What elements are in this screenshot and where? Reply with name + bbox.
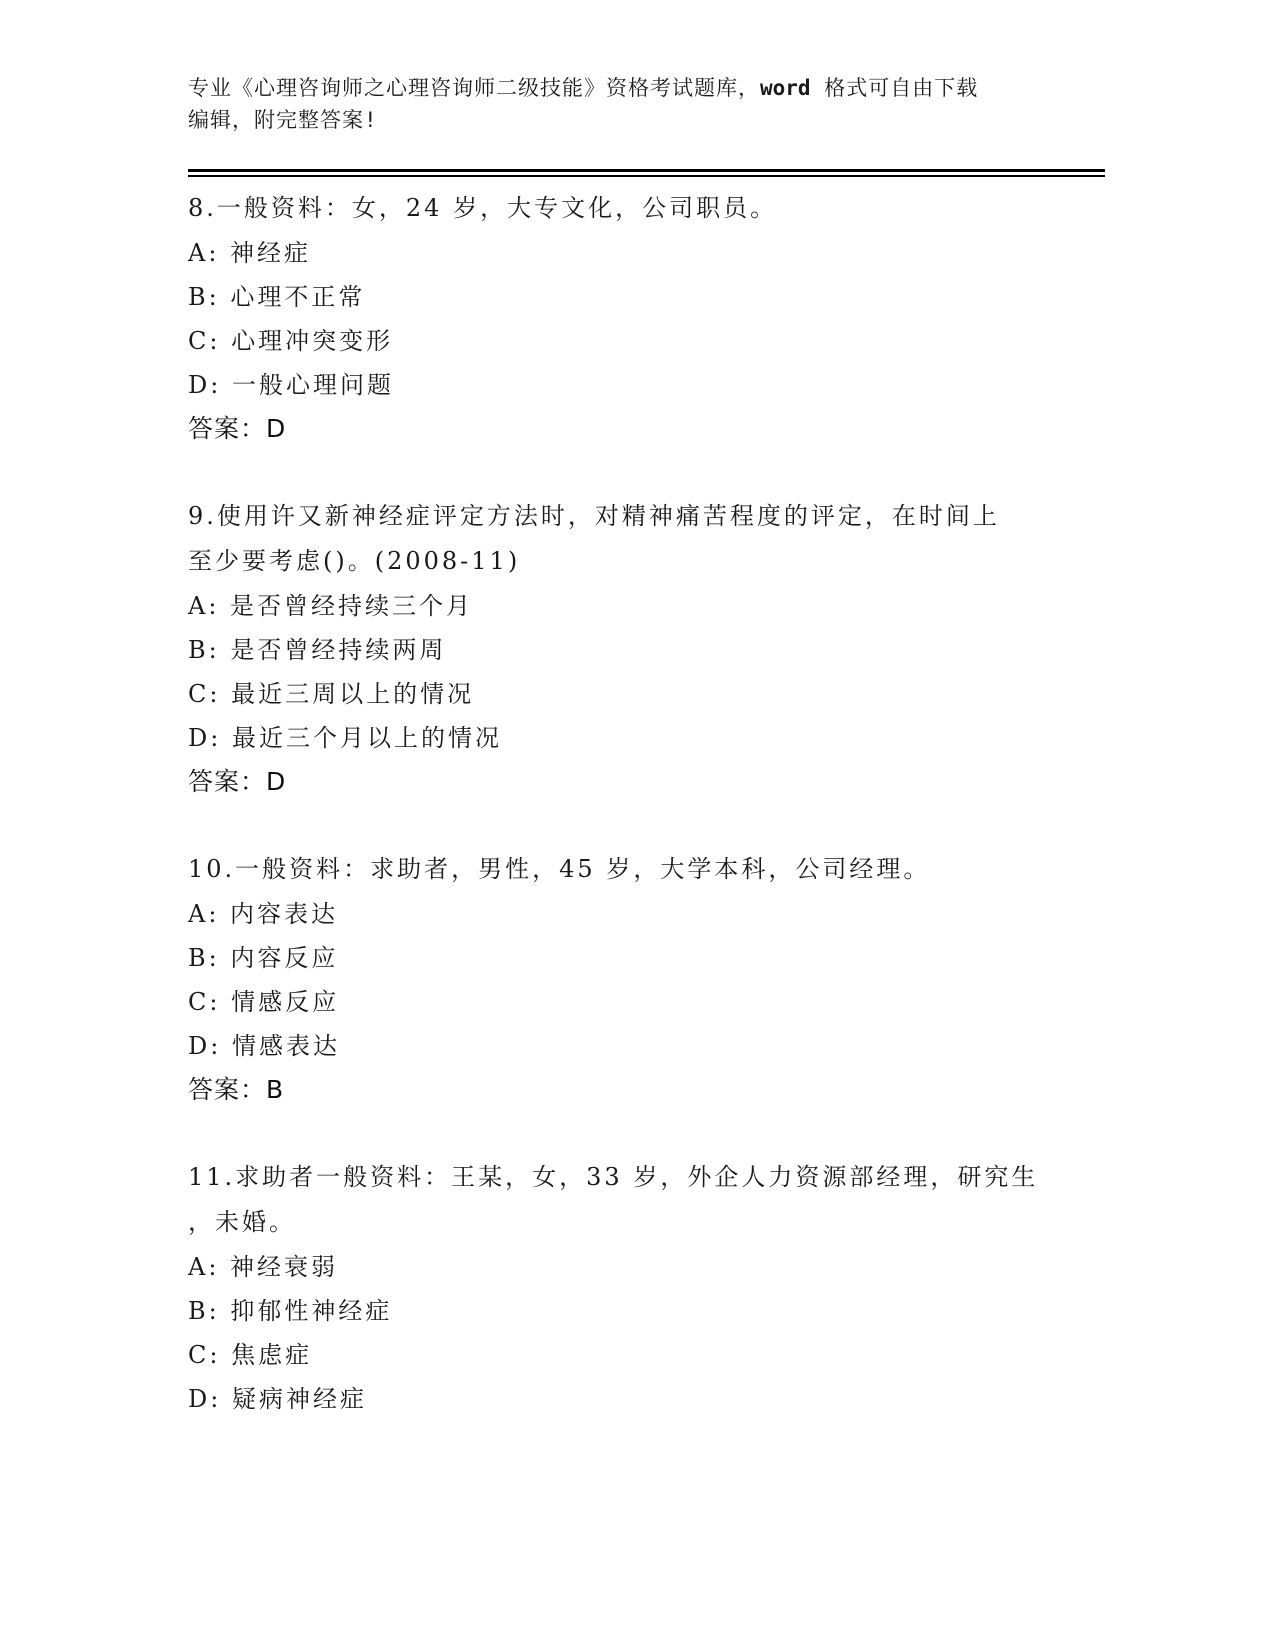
option-d: D: 情感表达 <box>188 1024 1088 1068</box>
option-c: C: 心理冲突变形 <box>188 319 1088 363</box>
answer-text: 答案：D <box>188 407 1088 451</box>
question-spacer <box>188 804 1088 847</box>
option-a: A: 神经症 <box>188 231 1088 275</box>
option-b: B: 内容反应 <box>188 936 1088 980</box>
option-a: A: 是否曾经持续三个月 <box>188 584 1088 628</box>
header-line-2: 编辑，附完整答案! <box>188 104 1088 136</box>
question-spacer <box>188 451 1088 494</box>
header-title-text: 专业《心理咨询师之心理咨询师二级技能》资格考试题库， <box>188 76 760 100</box>
answer-text: 答案：B <box>188 1068 1088 1112</box>
question-8: 8.一般资料：女，24 岁，大专文化，公司职员。 A: 神经症 B: 心理不正常… <box>188 186 1088 451</box>
question-spacer <box>188 1112 1088 1155</box>
option-c: C: 最近三周以上的情况 <box>188 672 1088 716</box>
question-stem: 8.一般资料：女，24 岁，大专文化，公司职员。 <box>188 186 1088 231</box>
header-divider-thin <box>188 175 1105 177</box>
option-a: A: 内容表达 <box>188 892 1088 936</box>
question-9: 9.使用许又新神经症评定方法时，对精神痛苦程度的评定，在时间上 至少要考虑()。… <box>188 494 1088 804</box>
question-list: 8.一般资料：女，24 岁，大专文化，公司职员。 A: 神经症 B: 心理不正常… <box>188 186 1088 1421</box>
header-word-format: word <box>760 76 811 100</box>
option-d: D: 一般心理问题 <box>188 363 1088 407</box>
option-d: D: 最近三个月以上的情况 <box>188 716 1088 760</box>
header-divider-thick <box>188 169 1105 172</box>
option-a: A: 神经衰弱 <box>188 1245 1088 1289</box>
option-b: B: 是否曾经持续两周 <box>188 628 1088 672</box>
option-d: D: 疑病神经症 <box>188 1377 1088 1421</box>
option-c: C: 焦虑症 <box>188 1333 1088 1377</box>
question-stem: 10.一般资料：求助者，男性，45 岁，大学本科，公司经理。 <box>188 847 1088 892</box>
option-c: C: 情感反应 <box>188 980 1088 1024</box>
document-header: 专业《心理咨询师之心理咨询师二级技能》资格考试题库，word 格式可自由下载 编… <box>188 72 1088 136</box>
header-line-1: 专业《心理咨询师之心理咨询师二级技能》资格考试题库，word 格式可自由下载 <box>188 72 1088 104</box>
question-stem-line-2: ，未婚。 <box>188 1200 1088 1245</box>
answer-text: 答案：D <box>188 760 1088 804</box>
question-stem-line-2: 至少要考虑()。(2008-11) <box>188 539 1088 584</box>
question-11: 11.求助者一般资料：王某，女，33 岁，外企人力资源部经理，研究生 ，未婚。 … <box>188 1155 1088 1421</box>
option-b: B: 心理不正常 <box>188 275 1088 319</box>
option-b: B: 抑郁性神经症 <box>188 1289 1088 1333</box>
question-stem-line-1: 11.求助者一般资料：王某，女，33 岁，外企人力资源部经理，研究生 <box>188 1155 1088 1200</box>
header-download-text: 格式可自由下载 <box>811 76 979 100</box>
question-10: 10.一般资料：求助者，男性，45 岁，大学本科，公司经理。 A: 内容表达 B… <box>188 847 1088 1112</box>
question-stem-line-1: 9.使用许又新神经症评定方法时，对精神痛苦程度的评定，在时间上 <box>188 494 1088 539</box>
